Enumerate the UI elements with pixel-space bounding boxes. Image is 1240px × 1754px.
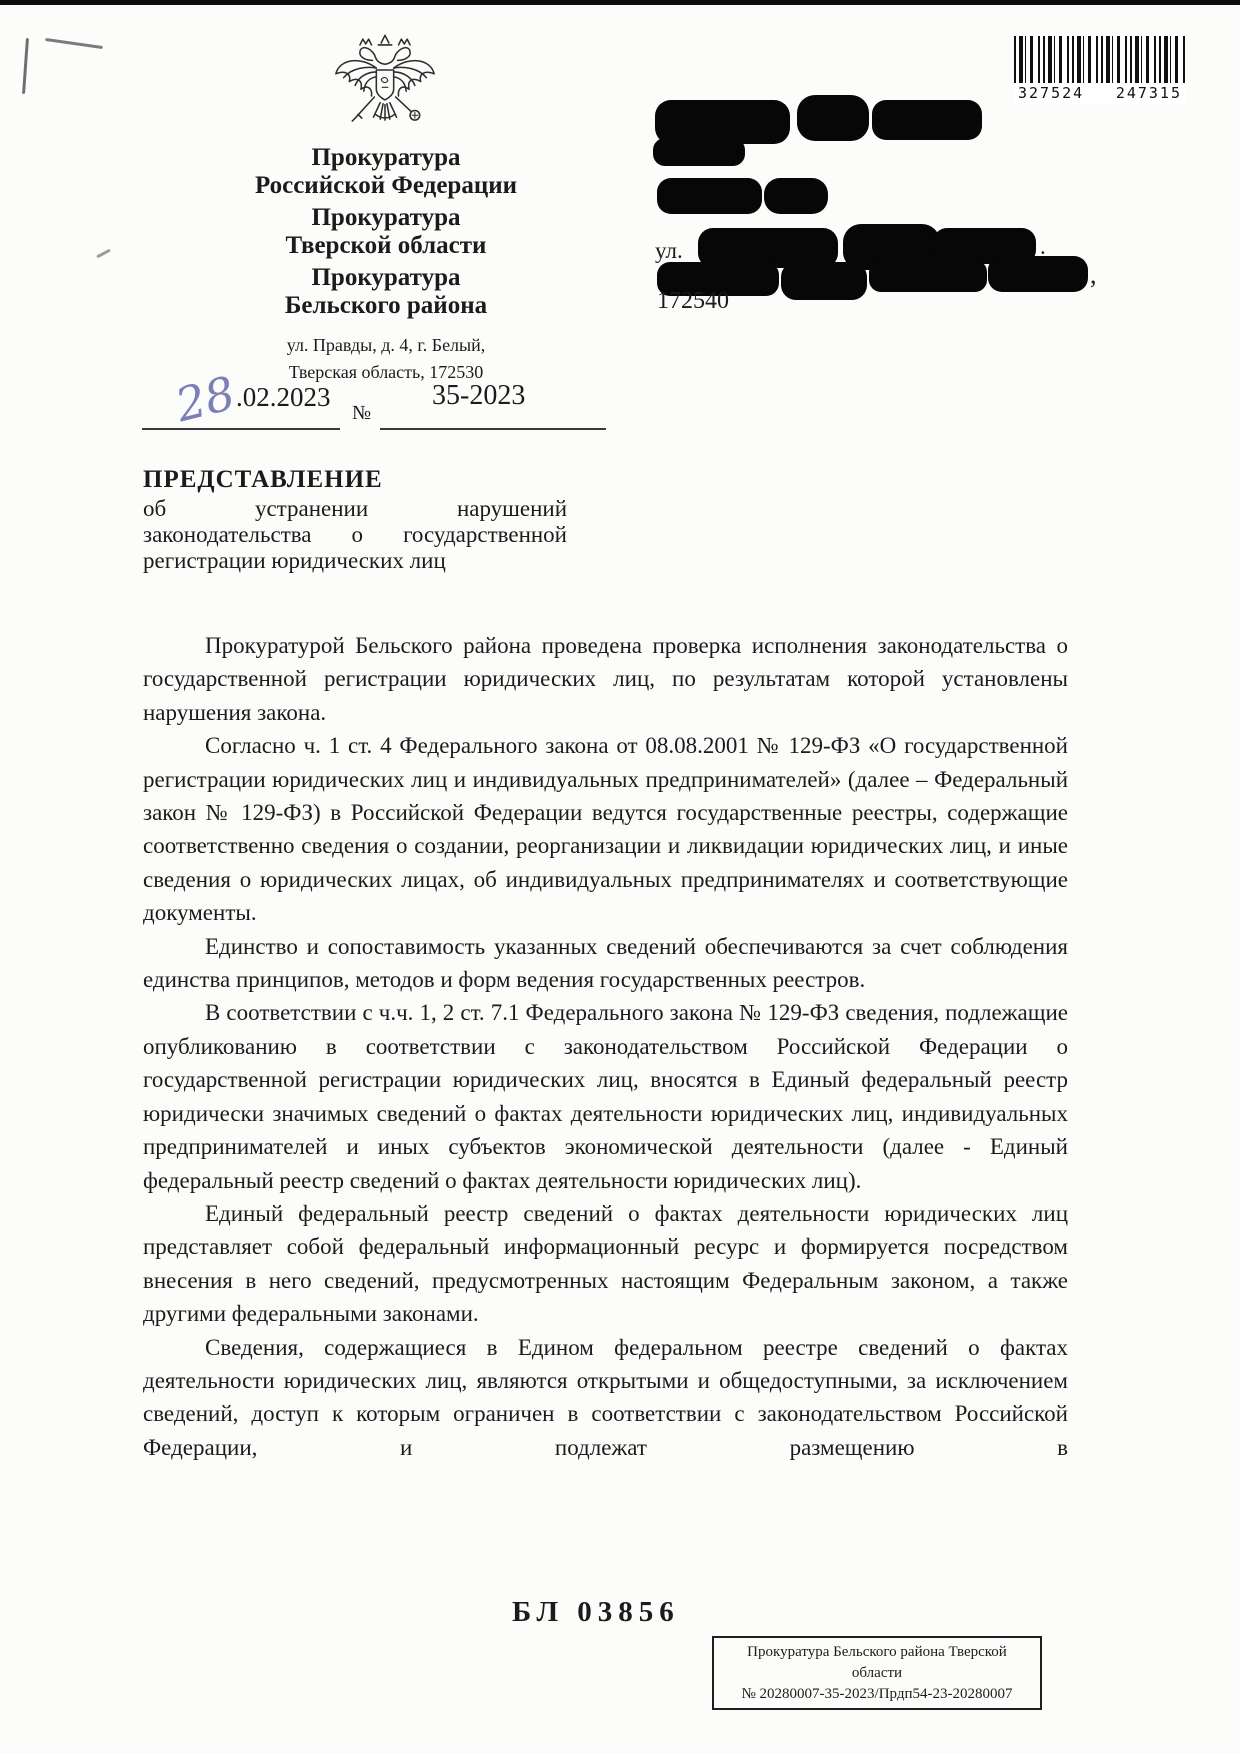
- body-paragraph: Согласно ч. 1 ст. 4 Федерального закона …: [143, 729, 1068, 929]
- org-name-line: Прокуратура: [180, 264, 592, 292]
- recipient-block: ул. . , 172540: [588, 88, 1228, 333]
- document-number: 35-2023: [432, 380, 525, 412]
- redaction-block: [872, 100, 982, 140]
- scan-smudge: [96, 249, 111, 259]
- document-title-block: ПРЕДСТАВЛЕНИЕ об устранении нарушений за…: [143, 464, 567, 574]
- stamp-line: области: [714, 1663, 1040, 1684]
- body-paragraph: Сведения, содержащиеся в Едином федераль…: [143, 1331, 1068, 1465]
- date-field: .02.2023: [236, 382, 331, 413]
- stamp-line: Прокуратура Бельского района Тверской: [714, 1642, 1040, 1663]
- body-paragraph: Единство и сопоставимость указанных свед…: [143, 930, 1068, 997]
- redaction-block: [869, 260, 987, 292]
- stamp-line: № 20280007-35-2023/Прдп54-23-20280007: [714, 1684, 1040, 1705]
- barcode-digits-right: 247315: [1116, 84, 1182, 102]
- title-line: об устранении нарушений: [143, 496, 567, 522]
- letterhead-address-line: ул. Правды, д. 4, г. Белый,: [180, 332, 592, 359]
- redaction-block: [797, 95, 869, 141]
- recipient-street-prefix: ул.: [655, 238, 683, 264]
- barcode-bars: [1014, 36, 1186, 83]
- registration-stamp: Прокуратура Бельского района Тверской об…: [712, 1636, 1042, 1710]
- org-name-line: Бельского района: [180, 292, 592, 320]
- staple-mark: [45, 38, 103, 49]
- date-underline: [142, 428, 340, 430]
- redaction-block: [653, 138, 745, 166]
- number-sign: №: [352, 402, 371, 425]
- barcode-digits-left: 327524: [1018, 84, 1084, 102]
- redaction-block: [781, 262, 867, 300]
- body-paragraph: Единый федеральный реестр сведений о фак…: [143, 1197, 1068, 1331]
- recipient-postal-code: 172540: [657, 288, 729, 315]
- barcode: 327524 247315: [1014, 36, 1186, 104]
- scan-edge: [0, 0, 1240, 5]
- body-paragraph: В соответствии с ч.ч. 1, 2 ст. 7.1 Федер…: [143, 996, 1068, 1196]
- number-underline: [380, 428, 606, 430]
- org-name-line: Тверской области: [180, 232, 592, 260]
- org-name-line: Прокуратура: [180, 144, 592, 172]
- scanned-document-page: Прокуратура Российской Федерации Прокура…: [0, 0, 1240, 1754]
- recipient-punctuation: ,: [1090, 260, 1097, 290]
- body-paragraph: Прокуратурой Бельского района проведена …: [143, 629, 1068, 729]
- document-body: Прокуратурой Бельского района проведена …: [143, 629, 1068, 1464]
- document-title: ПРЕДСТАВЛЕНИЕ: [143, 464, 567, 496]
- title-line: законодательства о государственной: [143, 522, 567, 548]
- org-name-line: Российской Федерации: [180, 172, 592, 200]
- letterhead-address: ул. Правды, д. 4, г. Белый, Тверская обл…: [180, 332, 592, 386]
- redaction-block: [764, 178, 828, 214]
- redaction-block: [657, 178, 762, 214]
- form-number: БЛ 03856: [512, 1596, 680, 1629]
- title-line: регистрации юридических лиц: [143, 548, 567, 574]
- redaction-block: [988, 256, 1088, 292]
- org-name-line: Прокуратура: [180, 204, 592, 232]
- staple-mark: [22, 38, 29, 94]
- letterhead: Прокуратура Российской Федерации Прокура…: [180, 144, 592, 386]
- coat-of-arms-icon: [332, 32, 438, 134]
- barcode-digits: 327524 247315: [1014, 83, 1186, 104]
